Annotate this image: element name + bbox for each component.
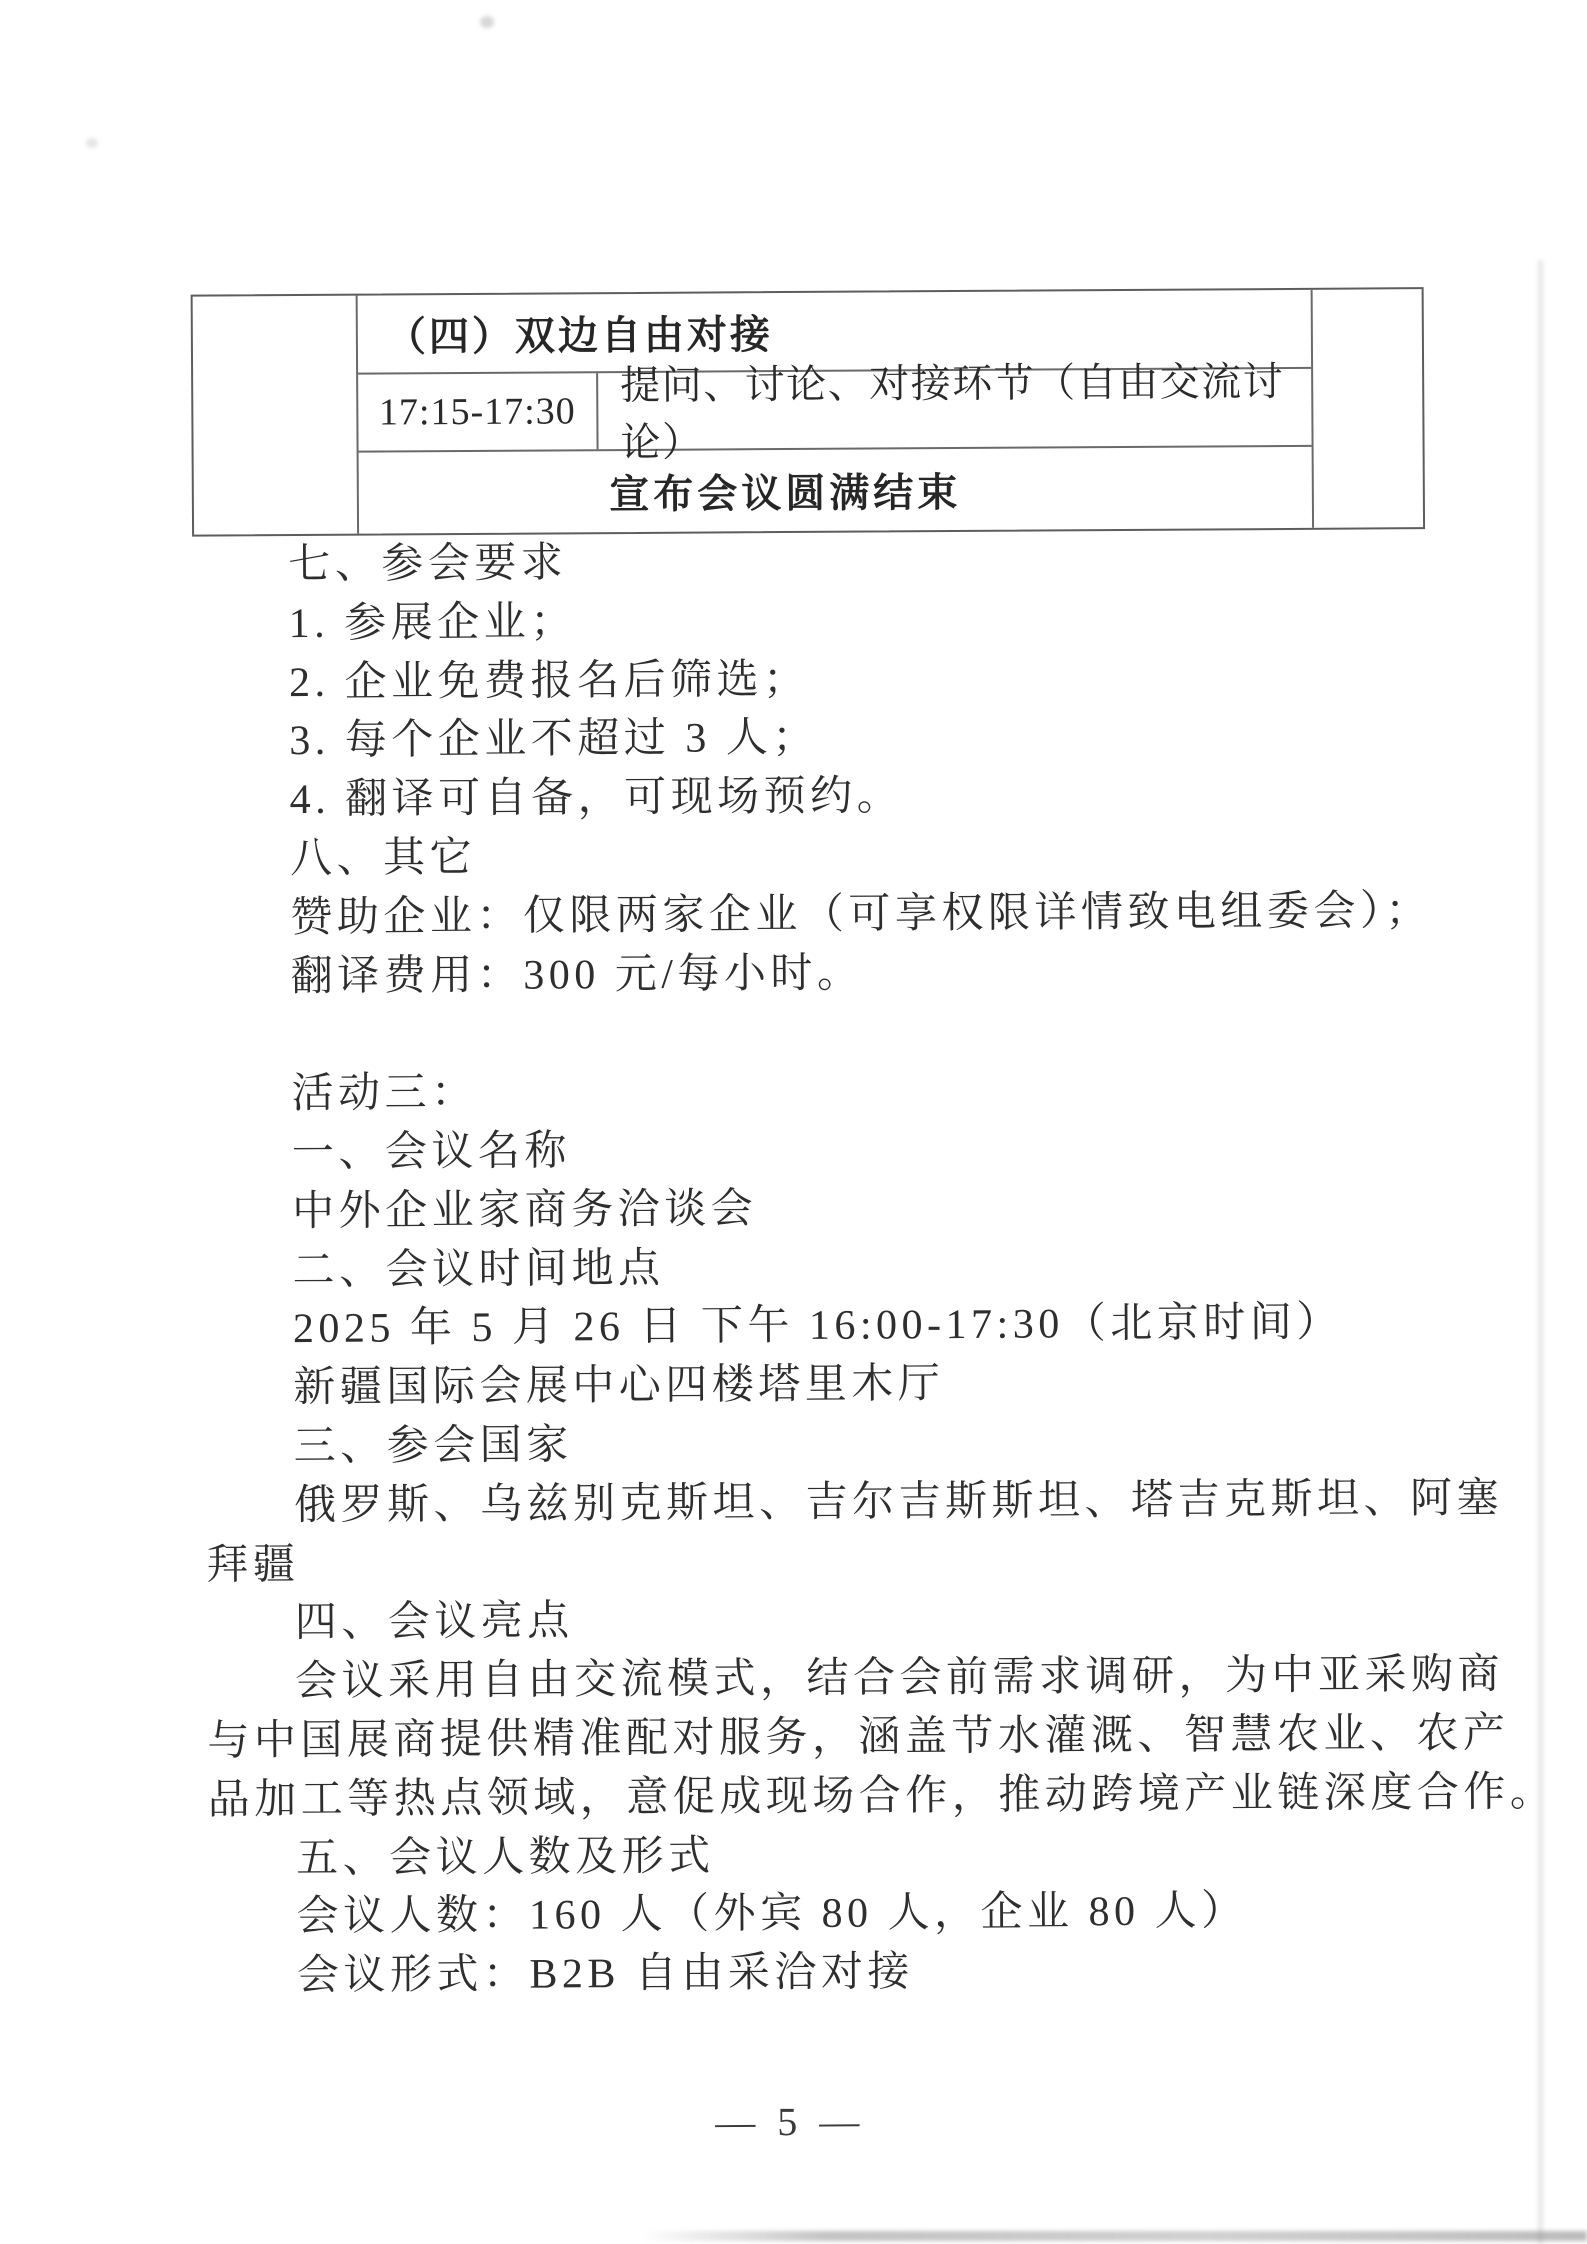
table-activity-cell: 提问、讨论、对接环节（自由交流讨论） bbox=[598, 369, 1311, 449]
activity-three-heading: 活动三： bbox=[203, 1058, 1498, 1125]
sponsor-note-line: 赞助企业：仅限两家企业（可享权限详情致电组委会）； bbox=[202, 881, 1497, 948]
section-heading-meeting-name: 一、会议名称 bbox=[204, 1117, 1499, 1184]
schedule-table: （四）双边自由对接 17:15-17:30 提问、讨论、对接环节（自由交流讨论）… bbox=[191, 287, 1425, 537]
scan-artifact-bottom-smudge bbox=[640, 2231, 1587, 2241]
document-sheet: （四）双边自由对接 17:15-17:30 提问、讨论、对接环节（自由交流讨论）… bbox=[0, 0, 1587, 2244]
meeting-format-line: 会议形式：B2B 自由采洽对接 bbox=[209, 1940, 1504, 2007]
section-heading-attendance-format: 五、会议人数及形式 bbox=[208, 1822, 1503, 1889]
section-heading-highlights: 四、会议亮点 bbox=[207, 1587, 1502, 1654]
section-heading-time-place: 二、会议时间地点 bbox=[204, 1234, 1499, 1301]
list-item-3: 3. 每个企业不超过 3 人； bbox=[201, 705, 1496, 772]
table-right-gutter-cell bbox=[1311, 289, 1423, 528]
scan-artifact-topleft-smudge bbox=[86, 138, 98, 148]
highlights-line-3: 品加工等热点领域，意促成现场合作，推动跨境产业链深度合作。 bbox=[208, 1763, 1503, 1830]
scan-artifact-right-streak bbox=[1538, 260, 1543, 2244]
list-item-4: 4. 翻译可自备，可现场预约。 bbox=[202, 764, 1497, 831]
body-text: 七、参会要求 1. 参展企业； 2. 企业免费报名后筛选； 3. 每个企业不超过… bbox=[200, 529, 1504, 2007]
section-heading-participation-requirements: 七、参会要求 bbox=[200, 529, 1495, 596]
countries-line-2: 拜疆 bbox=[206, 1528, 1501, 1595]
attendance-count-line: 会议人数：160 人（外宾 80 人，企业 80 人） bbox=[208, 1881, 1503, 1948]
table-time-cell: 17:15-17:30 bbox=[358, 373, 598, 450]
highlights-line-2: 与中国展商提供精准配对服务，涵盖节水灌溉、智慧农业、农产 bbox=[207, 1705, 1502, 1772]
scan-artifact-top-smudge bbox=[480, 16, 494, 28]
section-heading-countries: 三、参会国家 bbox=[205, 1411, 1500, 1478]
page-number: — 5 — bbox=[7, 2093, 1574, 2150]
scanned-document-page: （四）双边自由对接 17:15-17:30 提问、讨论、对接环节（自由交流讨论）… bbox=[0, 0, 1587, 2244]
list-item-1: 1. 参展企业； bbox=[200, 588, 1495, 655]
table-main-column: （四）双边自由对接 17:15-17:30 提问、讨论、对接环节（自由交流讨论）… bbox=[358, 290, 1312, 534]
meeting-name-line: 中外企业家商务洽谈会 bbox=[204, 1175, 1499, 1242]
countries-line-1: 俄罗斯、乌兹别克斯坦、吉尔吉斯斯坦、塔吉克斯坦、阿塞 bbox=[206, 1469, 1501, 1536]
list-item-2: 2. 企业免费报名后筛选； bbox=[201, 646, 1496, 713]
table-schedule-row: 17:15-17:30 提问、讨论、对接环节（自由交流讨论） bbox=[358, 369, 1311, 453]
translation-fee-line: 翻译费用：300 元/每小时。 bbox=[203, 940, 1498, 1007]
table-left-gutter-cell bbox=[193, 296, 359, 535]
section-heading-other: 八、其它 bbox=[202, 823, 1497, 890]
table-closing-cell: 宣布会议圆满结束 bbox=[359, 447, 1312, 534]
meeting-datetime-line: 2025 年 5 月 26 日 下午 16:00-17:30（北京时间） bbox=[205, 1293, 1500, 1360]
meeting-venue-line: 新疆国际会展中心四楼塔里木厅 bbox=[205, 1352, 1500, 1419]
highlights-line-1: 会议采用自由交流模式，结合会前需求调研，为中亚采购商 bbox=[207, 1646, 1502, 1713]
